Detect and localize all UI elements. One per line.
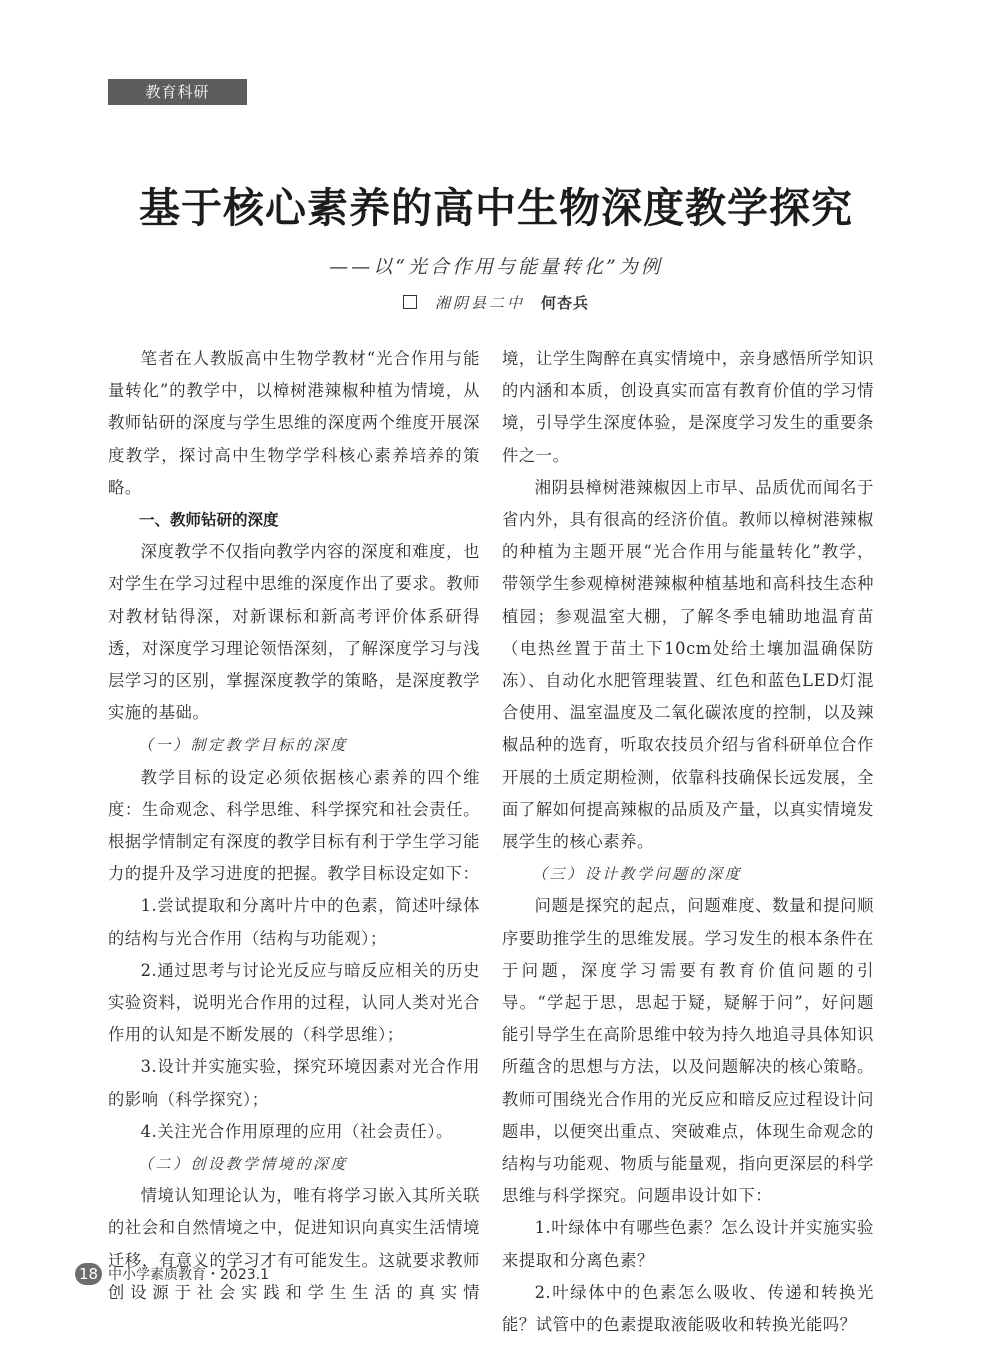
square-bullet-icon xyxy=(403,295,417,309)
goal-item: 3.设计并实施实验，探究环境因素对光合作用的影响（科学探究）； xyxy=(108,1051,480,1115)
author-name: 何杏兵 xyxy=(541,294,589,312)
article-title: 基于核心素养的高中生物深度教学探究 xyxy=(0,178,992,238)
goal-item: 2.通过思考与讨论光反应与暗反应相关的历史实验资料，说明光合作用的过程，认同人类… xyxy=(108,955,480,1052)
subsection-heading: （三）设计教学问题的深度 xyxy=(502,858,874,890)
paragraph: 情境认知理论认为，唯有将学习嵌入其所关联的社会和自然情境之中，促进知识向真实生活… xyxy=(108,1180,480,1309)
question-item: 1.叶绿体中有哪些色素？怎么设计并实施实验来提取和分离色素？ xyxy=(502,1212,874,1276)
paragraph: 深度教学不仅指向教学内容的深度和难度，也对学生在学习过程中思维的深度作出了要求。… xyxy=(108,536,480,729)
page-number: 18 xyxy=(75,1263,102,1285)
article-subtitle: ——以“光合作用与能量转化”为例 xyxy=(0,252,992,279)
goal-item: 4.关注光合作用原理的应用（社会责任）。 xyxy=(108,1116,480,1148)
subsection-heading: （一）制定教学目标的深度 xyxy=(108,729,480,761)
author-school: 湘阴县二中 xyxy=(435,294,525,312)
left-column: 笔者在人教版高中生物学教材“光合作用与能量转化”的教学中，以樟树港辣椒种植为情境… xyxy=(108,343,480,1309)
journal-name: 中小学素质教育・2023.1 xyxy=(108,1264,269,1284)
byline: 湘阴县二中何杏兵 xyxy=(0,292,992,313)
question-item: 2.叶绿体中的色素怎么吸收、传递和转换光能？试管中的色素提取液能吸收和转换光能吗… xyxy=(502,1277,874,1341)
section-tag: 教育科研 xyxy=(108,79,247,105)
paragraph: 湘阴县樟树港辣椒因上市早、品质优而闻名于省内外，具有很高的经济价值。教师以樟树港… xyxy=(502,472,874,858)
page-footer: 18 中小学素质教育・2023.1 xyxy=(75,1262,269,1286)
paragraph: 境，让学生陶醉在真实情境中，亲身感悟所学知识的内涵和本质，创设真实而富有教育价值… xyxy=(502,343,874,472)
right-column: 境，让学生陶醉在真实情境中，亲身感悟所学知识的内涵和本质，创设真实而富有教育价值… xyxy=(502,343,874,1341)
subsection-heading: （二）创设教学情境的深度 xyxy=(108,1148,480,1180)
intro-paragraph: 笔者在人教版高中生物学教材“光合作用与能量转化”的教学中，以樟树港辣椒种植为情境… xyxy=(108,343,480,504)
goal-item: 1.尝试提取和分离叶片中的色素，简述叶绿体的结构与光合作用（结构与功能观）； xyxy=(108,890,480,954)
paragraph: 问题是探究的起点，问题难度、数量和提问顺序要助推学生的思维发展。学习发生的根本条… xyxy=(502,890,874,1212)
section-heading: 一、教师钻研的深度 xyxy=(108,504,480,536)
paragraph: 教学目标的设定必须依据核心素养的四个维度：生命观念、科学思维、科学探究和社会责任… xyxy=(108,762,480,891)
